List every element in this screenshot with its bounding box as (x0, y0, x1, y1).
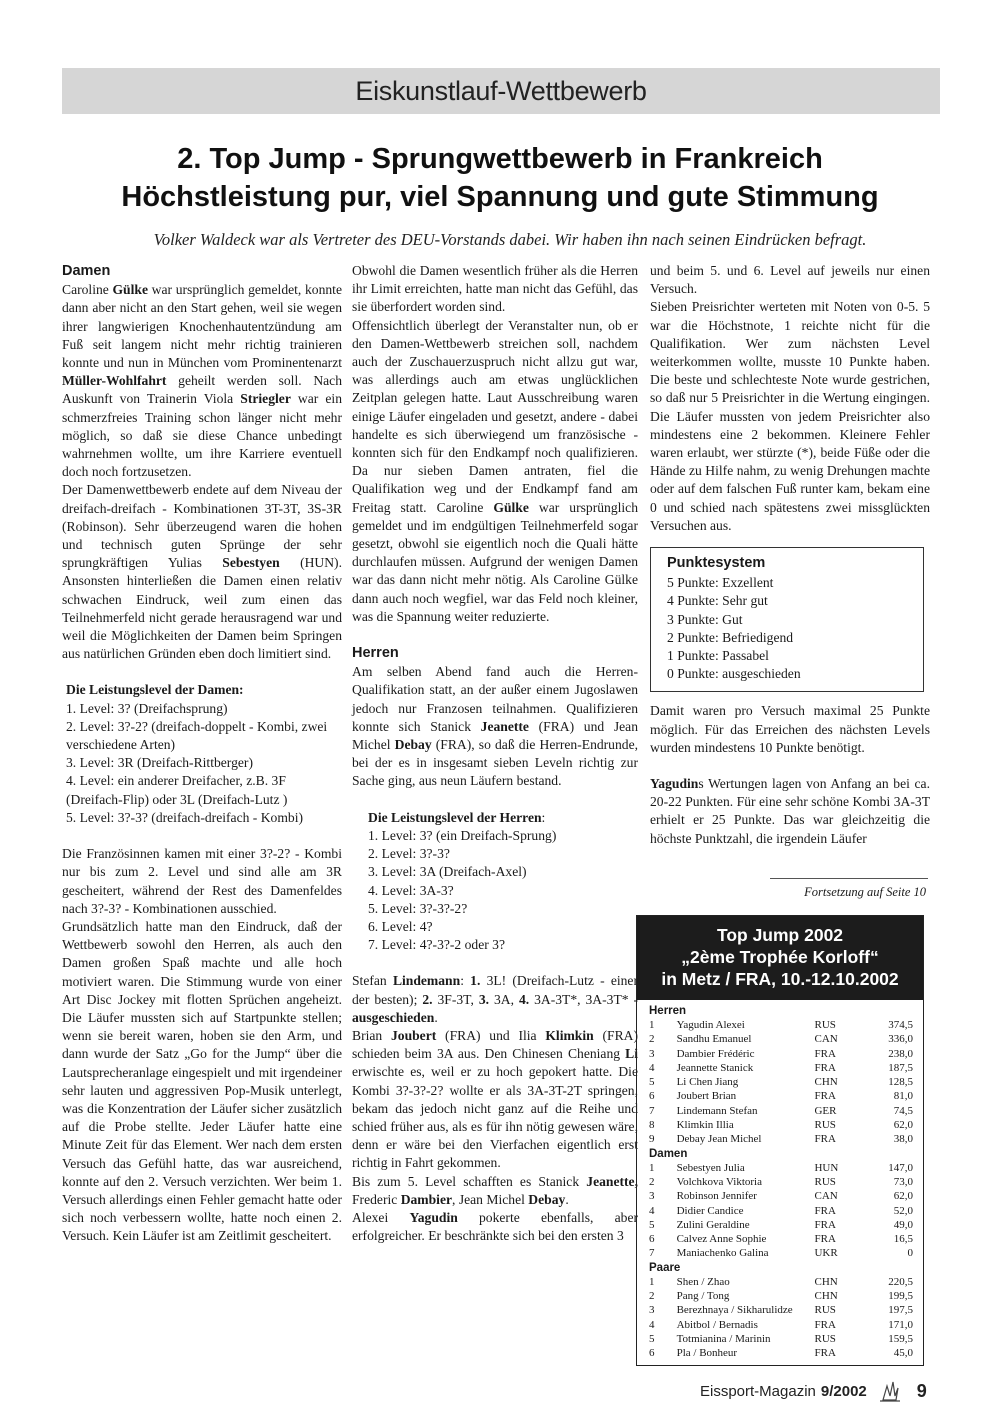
table-row: 5Li Chen JiangCHN128,5 (649, 1075, 913, 1089)
table-row: 3Robinson JenniferCAN62,0 (649, 1189, 913, 1203)
country-cell: FRA (814, 1232, 863, 1246)
rank-cell: 1 (649, 1018, 677, 1032)
table-row: 5Totmianina / MarininRUS159,5 (649, 1332, 913, 1346)
table-row: 2Pang / TongCHN199,5 (649, 1289, 913, 1303)
results-title: Top Jump 2002 „2ème Trophée Korloff“ in … (637, 916, 923, 1000)
country-cell: CHN (814, 1289, 863, 1303)
name-cell: Berezhnaya / Sikharulidze (677, 1303, 815, 1317)
levels-herren-title: Die Leistungslevel der Herren: (368, 809, 638, 827)
points-cell: 52,0 (864, 1204, 913, 1218)
headline-line-1: 2. Top Jump - Sprungwettbewerb in Frankr… (40, 140, 960, 178)
name-cell: Debay Jean Michel (677, 1132, 815, 1146)
rank-cell: 6 (649, 1089, 677, 1103)
punktesystem-box: Punktesystem 5 Punkte: Exzellent 4 Punkt… (650, 547, 924, 692)
country-cell: FRA (814, 1089, 863, 1103)
rank-cell: 2 (649, 1175, 677, 1189)
paragraph: Stefan Lindemann: 1. 3L! (Dreifach-Lutz … (352, 972, 638, 1027)
list-item: 3. Level: 3A (Dreifach-Axel) (368, 863, 638, 881)
paragraph: Die Französinnen kamen mit einer 3?-2? -… (62, 845, 342, 918)
paragraph: und beim 5. und 6. Level auf jeweils nur… (650, 262, 930, 298)
results-category: Herren (649, 1004, 913, 1018)
results-table: Herren1Yagudin AlexeiRUS374,52Sandhu Ema… (637, 1000, 923, 1365)
table-row: 4Jeannette StanickFRA187,5 (649, 1061, 913, 1075)
rank-cell: 4 (649, 1204, 677, 1218)
list-item: 1. Level: 3? (ein Dreifach-Sprung) (368, 827, 638, 845)
paragraph: Bis zum 5. Level schafften es Stanick Je… (352, 1173, 638, 1209)
heading-herren: Herren (352, 644, 638, 662)
country-cell: CHN (814, 1075, 863, 1089)
article-headline: 2. Top Jump - Sprungwettbewerb in Frankr… (40, 140, 960, 216)
points-cell: 336,0 (864, 1032, 913, 1046)
rank-cell: 7 (649, 1104, 677, 1118)
paragraph: Sieben Preisrichter werteten mit Noten v… (650, 298, 930, 535)
results-category: Damen (649, 1147, 913, 1161)
table-row: 6Calvez Anne SophieFRA16,5 (649, 1232, 913, 1246)
country-cell: RUS (814, 1303, 863, 1317)
rank-cell: 1 (649, 1161, 677, 1175)
list-item: 2 Punkte: Befriedigend (667, 629, 913, 647)
issue-number: 9/2002 (821, 1383, 867, 1400)
points-cell: 187,5 (864, 1061, 913, 1075)
table-row: 3Dambier FrédéricFRA238,0 (649, 1047, 913, 1061)
list-item: 6. Level: 4? (368, 918, 638, 936)
table-row: 4Didier CandiceFRA52,0 (649, 1204, 913, 1218)
results-category: Paare (649, 1261, 913, 1275)
rank-cell: 3 (649, 1189, 677, 1203)
points-cell: 81,0 (864, 1089, 913, 1103)
points-cell: 74,5 (864, 1104, 913, 1118)
country-cell: CAN (814, 1189, 863, 1203)
rank-cell: 6 (649, 1232, 677, 1246)
rank-cell: 1 (649, 1275, 677, 1289)
points-cell: 159,5 (864, 1332, 913, 1346)
levels-damen-title: Die Leistungslevel der Damen: (66, 681, 342, 699)
country-cell: FRA (814, 1132, 863, 1146)
points-cell: 199,5 (864, 1289, 913, 1303)
rank-cell: 3 (649, 1047, 677, 1061)
country-cell: FRA (814, 1346, 863, 1360)
rank-cell: 4 (649, 1061, 677, 1075)
list-item: 4. Level: ein anderer Dreifacher, z.B. 3… (66, 772, 342, 808)
column-2: Obwohl die Damen wesentlich früher als d… (352, 262, 638, 1245)
name-cell: Lindemann Stefan (677, 1104, 815, 1118)
paragraph: Brian Joubert (FRA) und Ilia Klimkin (FR… (352, 1027, 638, 1173)
country-cell: GER (814, 1104, 863, 1118)
table-row: 2Volchkova ViktoriaRUS73,0 (649, 1175, 913, 1189)
punktesystem-title: Punktesystem (667, 554, 913, 572)
name-cell: Calvez Anne Sophie (677, 1232, 815, 1246)
country-cell: FRA (814, 1204, 863, 1218)
divider (770, 878, 928, 879)
list-item: 4. Level: 3A-3? (368, 882, 638, 900)
continued-note: Fortsetzung auf Seite 10 (650, 883, 930, 901)
name-cell: Zulini Geraldine (677, 1218, 815, 1232)
points-cell: 38,0 (864, 1132, 913, 1146)
list-item: 2. Level: 3?-3? (368, 845, 638, 863)
points-cell: 45,0 (864, 1346, 913, 1360)
name-cell: Sebestyen Julia (677, 1161, 815, 1175)
paragraph: Offensichtlich überlegt der Veranstalter… (352, 317, 638, 626)
paragraph: Alexei Yagudin pokerte ebenfalls, aber e… (352, 1209, 638, 1245)
paragraph: Damit waren pro Versuch maximal 25 Punkt… (650, 702, 930, 757)
country-cell: UKR (814, 1246, 863, 1260)
list-item: 0 Punkte: ausgeschieden (667, 665, 913, 683)
list-item: 2. Level: 3?-2? (dreifach-doppelt - Komb… (66, 718, 342, 754)
rank-cell: 5 (649, 1332, 677, 1346)
list-item: 5 Punkte: Exzellent (667, 574, 913, 592)
points-cell: 16,5 (864, 1232, 913, 1246)
list-item: 7. Level: 4?-3?-2 oder 3? (368, 936, 638, 954)
name-cell: Volchkova Viktoria (677, 1175, 815, 1189)
article-lead: Volker Waldeck war als Vertreter des DEU… (70, 230, 950, 250)
paragraph: Der Damenwettbewerb endete auf dem Nivea… (62, 481, 342, 663)
heading-damen: Damen (62, 262, 342, 280)
list-item: 3 Punkte: Gut (667, 611, 913, 629)
table-row: 2Sandhu EmanuelCAN336,0 (649, 1032, 913, 1046)
section-banner: Eiskunstlauf-Wettbewerb (62, 68, 940, 114)
paragraph: Am selben Abend fand auch die Herren-Qua… (352, 663, 638, 790)
list-item: 3. Level: 3R (Dreifach-Rittberger) (66, 754, 342, 772)
country-cell: RUS (814, 1118, 863, 1132)
points-cell: 147,0 (864, 1161, 913, 1175)
name-cell: Shen / Zhao (677, 1275, 815, 1289)
table-row: 1Yagudin AlexeiRUS374,5 (649, 1018, 913, 1032)
name-cell: Klimkin Illia (677, 1118, 815, 1132)
table-row: 1Sebestyen JuliaHUN147,0 (649, 1161, 913, 1175)
country-cell: RUS (814, 1175, 863, 1189)
section-title: Eiskunstlauf-Wettbewerb (355, 76, 646, 107)
name-cell: Li Chen Jiang (677, 1075, 815, 1089)
table-row: 3Berezhnaya / SikharulidzeRUS197,5 (649, 1303, 913, 1317)
name-cell: Joubert Brian (677, 1089, 815, 1103)
country-cell: FRA (814, 1318, 863, 1332)
rank-cell: 5 (649, 1218, 677, 1232)
table-row: 6Joubert BrianFRA81,0 (649, 1089, 913, 1103)
paragraph: Caroline Gülke war ursprünglich gemeldet… (62, 281, 342, 481)
country-cell: RUS (814, 1332, 863, 1346)
table-row: 7Maniachenko GalinaUKR0 (649, 1246, 913, 1260)
table-row: 8Klimkin IlliaRUS62,0 (649, 1118, 913, 1132)
country-cell: CAN (814, 1032, 863, 1046)
name-cell: Sandhu Emanuel (677, 1032, 815, 1046)
list-item: 5. Level: 3?-3?-2? (368, 900, 638, 918)
skater-logo-icon (877, 1378, 903, 1404)
paragraph: Obwohl die Damen wesentlich früher als d… (352, 262, 638, 317)
country-cell: RUS (814, 1018, 863, 1032)
points-cell: 374,5 (864, 1018, 913, 1032)
country-cell: FRA (814, 1047, 863, 1061)
magazine-name: Eissport-Magazin (700, 1383, 816, 1400)
levels-herren-list: Die Leistungslevel der Herren: 1. Level:… (352, 809, 638, 955)
rank-cell: 2 (649, 1289, 677, 1303)
name-cell: Totmianina / Marinin (677, 1332, 815, 1346)
points-cell: 238,0 (864, 1047, 913, 1061)
country-cell: FRA (814, 1061, 863, 1075)
headline-line-2: Höchstleistung pur, viel Spannung und gu… (40, 178, 960, 216)
page-number: 9 (917, 1381, 927, 1402)
rank-cell: 3 (649, 1303, 677, 1317)
table-row: 5Zulini GeraldineFRA49,0 (649, 1218, 913, 1232)
points-cell: 197,5 (864, 1303, 913, 1317)
name-cell: Robinson Jennifer (677, 1189, 815, 1203)
paragraph: Grundsätzlich hatte man den Eindruck, da… (62, 918, 342, 1246)
column-1: Damen Caroline Gülke war ursprünglich ge… (62, 262, 342, 1246)
rank-cell: 8 (649, 1118, 677, 1132)
table-row: 4Abitbol / BernadisFRA171,0 (649, 1318, 913, 1332)
points-cell: 62,0 (864, 1189, 913, 1203)
country-cell: FRA (814, 1218, 863, 1232)
rank-cell: 2 (649, 1032, 677, 1046)
rank-cell: 6 (649, 1346, 677, 1360)
list-item: 4 Punkte: Sehr gut (667, 592, 913, 610)
country-cell: HUN (814, 1161, 863, 1175)
table-row: 7Lindemann StefanGER74,5 (649, 1104, 913, 1118)
name-cell: Abitbol / Bernadis (677, 1318, 815, 1332)
points-cell: 62,0 (864, 1118, 913, 1132)
points-cell: 73,0 (864, 1175, 913, 1189)
list-item: 1. Level: 3? (Dreifachsprung) (66, 700, 342, 718)
name-cell: Dambier Frédéric (677, 1047, 815, 1061)
rank-cell: 4 (649, 1318, 677, 1332)
name-cell: Pang / Tong (677, 1289, 815, 1303)
results-box: Top Jump 2002 „2ème Trophée Korloff“ in … (636, 915, 924, 1366)
points-cell: 171,0 (864, 1318, 913, 1332)
column-3: und beim 5. und 6. Level auf jeweils nur… (650, 262, 930, 901)
points-cell: 128,5 (864, 1075, 913, 1089)
country-cell: CHN (814, 1275, 863, 1289)
points-cell: 49,0 (864, 1218, 913, 1232)
table-row: 1Shen / ZhaoCHN220,5 (649, 1275, 913, 1289)
name-cell: Didier Candice (677, 1204, 815, 1218)
name-cell: Yagudin Alexei (677, 1018, 815, 1032)
table-row: 9Debay Jean MichelFRA38,0 (649, 1132, 913, 1146)
list-item: 5. Level: 3?-3? (dreifach-dreifach - Kom… (66, 809, 342, 827)
points-cell: 220,5 (864, 1275, 913, 1289)
points-cell: 0 (864, 1246, 913, 1260)
list-item: 1 Punkte: Passabel (667, 647, 913, 665)
levels-damen-list: Die Leistungslevel der Damen: 1. Level: … (62, 681, 342, 827)
name-cell: Jeannette Stanick (677, 1061, 815, 1075)
paragraph: Yagudins Wertungen lagen von Anfang an b… (650, 775, 930, 848)
rank-cell: 7 (649, 1246, 677, 1260)
table-row: 6Pla / BonheurFRA45,0 (649, 1346, 913, 1360)
page-footer: Eissport-Magazin 9/2002 9 (700, 1378, 950, 1404)
rank-cell: 9 (649, 1132, 677, 1146)
name-cell: Maniachenko Galina (677, 1246, 815, 1260)
rank-cell: 5 (649, 1075, 677, 1089)
name-cell: Pla / Bonheur (677, 1346, 815, 1360)
